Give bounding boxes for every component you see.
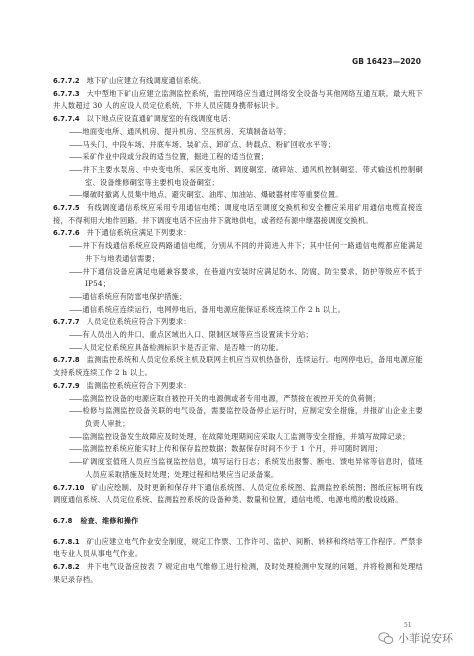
dash-bullet: —— [69,457,81,466]
list-item: ——有人员出入的井口、重点区域出入口、限制区域等应当设置读卡分站； [53,329,423,342]
clause-number: 6.7.7.7 [53,318,80,326]
list-item: ——通信系统应连续运行，电网停电后，备用电源应能保证系统连续工作 2 h 以上。 [53,304,423,317]
dash-bullet: —— [69,127,81,136]
list-item: ——采矿作业中段或分段的适当位置，掘进工程的适当位置； [53,151,423,164]
clause-text: 监测监控设备发生故障应及时处理，在故障处理期间应采取人工监测等安全措施，并填写故… [82,432,409,441]
dash-bullet: —— [69,267,81,276]
list-item: ——马头门、中段车场、井底车场、装矿点、卸矿点、转载点、粉矿回收水平等； [53,139,423,152]
clause-number: 6.7.7.6 [53,229,80,237]
page-number: 51 [404,622,412,629]
clause-number: 6.7.7.4 [53,115,80,123]
clause-text: 通信系统应有防雷电保护措施； [82,292,186,301]
list-item: ——爆破时撤离人员集中地点、避灾硐室、油库、加油站、爆破器材库等重要位置。 [53,189,423,202]
clause-text: 井下主要水泵房、中央变电所、采区变电所、调度硐室、破碎站、通风机控制硐室、带式输… [82,165,423,187]
clause-text: 马头门、中段车场、井底车场、装矿点、卸矿点、转载点、粉矿回收水平等； [82,140,335,149]
clause-text: 有人员出入的井口、重点区域出入口、限制区域等应当设置读卡分站； [82,330,313,339]
clause-number: 6.7.7.2 [53,77,80,85]
dash-bullet: —— [69,140,81,149]
clause-text: 井下电气设备应按表 7 规定由电气维修工进行检测，及时处理检测中发现的问题，并将… [53,562,423,584]
clause-text: 地下矿山应建立有线调度通信系统。 [87,76,206,85]
list-item: ——监测监控系统应能实时上传和保存监控数据；数据保存时间不少于 1 个月，并可随… [53,443,423,456]
clause-number: 6.7.7.10 [53,484,84,492]
clause: 6.7.7.2地下矿山应建立有线调度通信系统。 [53,75,423,88]
clause-text: 以下地点应设直通矿调度室的有线调度电话： [87,114,236,123]
list-item: ——井下主要水泵房、中央变电所、采区变电所、调度硐室、破碎站、通风机控制硐室、带… [53,164,423,189]
list-item: ——监测监控设备发生故障应及时处理，在故障处理期间应采取人工监测等安全措施，并填… [53,431,423,444]
clause: 6.7.8.2井下电气设备应按表 7 规定由电气维修工进行检测，及时处理检测中发… [53,561,423,586]
clause-number: 6.7.8.1 [53,538,80,546]
clause-text: 人员定位系统应具备检测标识卡是否正常、是否唯一的功能。 [82,343,283,352]
dash-bullet: —— [69,292,81,301]
clause-text: 矿山应绘制、及时更新和保存井下通信系统图、人员定位系统图、监测监控系统图；图纸应… [53,483,423,505]
dash-bullet: —— [69,406,81,415]
clause-text: 通信系统应连续运行，电网停电后，备用电源应能保证系统连续工作 2 h 以上。 [82,305,345,314]
clause-text: 井下通信设备应满足电磁兼容要求，在巷道内安装时应满足防水、防腐、防尘要求，防护等… [82,267,423,289]
clause-text: 监测监控系统应符合下列要求： [87,381,191,390]
clause: 6.7.8.1矿山应建立电气作业安全制度，规定工作票、工作许可、监护、间断、转移… [53,536,423,561]
clause-text: 监测监控系统应能实时上传和保存监控数据；数据保存时间不少于 1 个月，并可随时调… [82,444,382,453]
clause-text: 大中型地下矿山应建立监测监控系统，监控网络应当通过网络安全设备与其他网络互通互联… [53,89,423,111]
clause-number: 6.7.7.9 [53,382,80,390]
dash-bullet: —— [69,432,81,441]
clause-text: 监测监控设备的电源应取自被控开关的电源侧或者专用电源，严禁接在被控开关的负荷侧； [82,394,380,403]
standard-code-header: GB 16423—2020 [352,57,421,66]
clause: 6.7.7.8监测监控系统和人员定位系统主机及联网主机应当双机热备份，连续运行。… [53,354,423,379]
clause-text: 采矿作业中段或分段的适当位置，掘进工程的适当位置； [82,152,268,161]
clause-number: 6.7.7.3 [53,90,80,98]
clause-text: 监测监控系统和人员定位系统主机及联网主机应当双机热备份，连续运行。电网停电后，备… [53,355,423,377]
list-item: ——地面变电所、通风机房、提升机房、空压机房、充填制备站等； [53,126,423,139]
clause-text: 地面变电所、通风机房、提升机房、空压机房、充填制备站等； [82,127,290,136]
clause: 6.7.7.3大中型地下矿山应建立监测监控系统，监控网络应当通过网络安全设备与其… [53,88,423,113]
clause-text: 爆破时撤离人员集中地点、避灾硐室、油库、加油站、爆破器材库等重要位置。 [82,190,342,199]
clause: 6.7.7.6井下通信系统应满足下列要求： [53,227,423,240]
dash-bullet: —— [69,330,81,339]
list-item: ——监测监控设备的电源应取自被控开关的电源侧或者专用电源，严禁接在被控开关的负荷… [53,393,423,406]
clause-text: 井下有线通信系统应设两路通信电缆，分别从不同的井筒进入井下；其中任何一路通信电缆… [82,241,423,263]
clause: 6.7.7.5有线调度通信系统应采用专用通信电缆；调度电话至调度交换机和安全栅应… [53,202,423,227]
section-title: 检查、维修和操作 [80,517,138,525]
clause-list-6-7-7: 6.7.7.2地下矿山应建立有线调度通信系统。6.7.7.3大中型地下矿山应建立… [53,75,423,507]
clause: 6.7.7.4以下地点应设直通矿调度室的有线调度电话： [53,113,423,126]
section-number: 6.7.8 [53,517,72,525]
list-item: ——检修与监测监控设备关联的电气设备，需要监控设备停止运行时，应制定安全措施，并… [53,405,423,430]
clause-text: 井下通信系统应满足下列要求： [87,228,191,237]
list-item: ——井下通信设备应满足电磁兼容要求，在巷道内安装时应满足防水、防腐、防尘要求，防… [53,266,423,291]
clause-text: 人员定位系统应符合下列要求： [87,317,191,326]
dash-bullet: —— [69,190,81,199]
clause-number: 6.7.8.2 [53,563,80,571]
wechat-icon [378,632,394,645]
dash-bullet: —— [69,241,81,250]
clause-number: 6.7.7.5 [53,204,80,212]
list-item: ——人员定位系统应具备检测标识卡是否正常、是否唯一的功能。 [53,342,423,355]
clause-text: 检修与监测监控设备关联的电气设备，需要监控设备停止运行时，应制定安全措施，并报矿… [82,406,423,428]
clause: 6.7.7.7人员定位系统应符合下列要求： [53,316,423,329]
dash-bullet: —— [69,343,81,352]
list-item: ——矿调度室值班人员应当监视监控信息，填写运行日志；系统发出报警、断电、馈电异常… [53,456,423,481]
dash-bullet: —— [69,305,81,314]
watermark-text: 小菲说安环 [398,630,453,646]
clause-list-6-7-8: 6.7.8.1矿山应建立电气作业安全制度，规定工作票、工作许可、监护、间断、转移… [53,536,423,587]
dash-bullet: —— [69,444,81,453]
clause-text: 有线调度通信系统应采用专用通信电缆；调度电话至调度交换机和安全栅应采用矿用通信电… [53,203,423,225]
clause: 6.7.7.10矿山应绘制、及时更新和保存井下通信系统图、人员定位系统图、监测监… [53,482,423,507]
list-item: ——通信系统应有防雷电保护措施； [53,291,423,304]
dash-bullet: —— [69,152,81,161]
document-body: 6.7.7.2地下矿山应建立有线调度通信系统。6.7.7.3大中型地下矿山应建立… [53,75,423,586]
dash-bullet: —— [69,394,81,403]
list-item: ——井下有线通信系统应设两路通信电缆，分别从不同的井筒进入井下；其中任何一路通信… [53,240,423,265]
watermark: 小菲说安环 [378,630,453,646]
dash-bullet: —— [69,165,81,174]
clause-text: 矿山应建立电气作业安全制度，规定工作票、工作许可、监护、间断、转移和终结等工作程… [53,537,423,559]
section-heading: 6.7.8检查、维修和操作 [53,515,423,528]
clause-text: 矿调度室值班人员应当监视监控信息，填写运行日志；系统发出报警、断电、馈电异常等信… [82,457,423,479]
clause: 6.7.7.9监测监控系统应符合下列要求： [53,380,423,393]
clause-number: 6.7.7.8 [53,356,80,364]
